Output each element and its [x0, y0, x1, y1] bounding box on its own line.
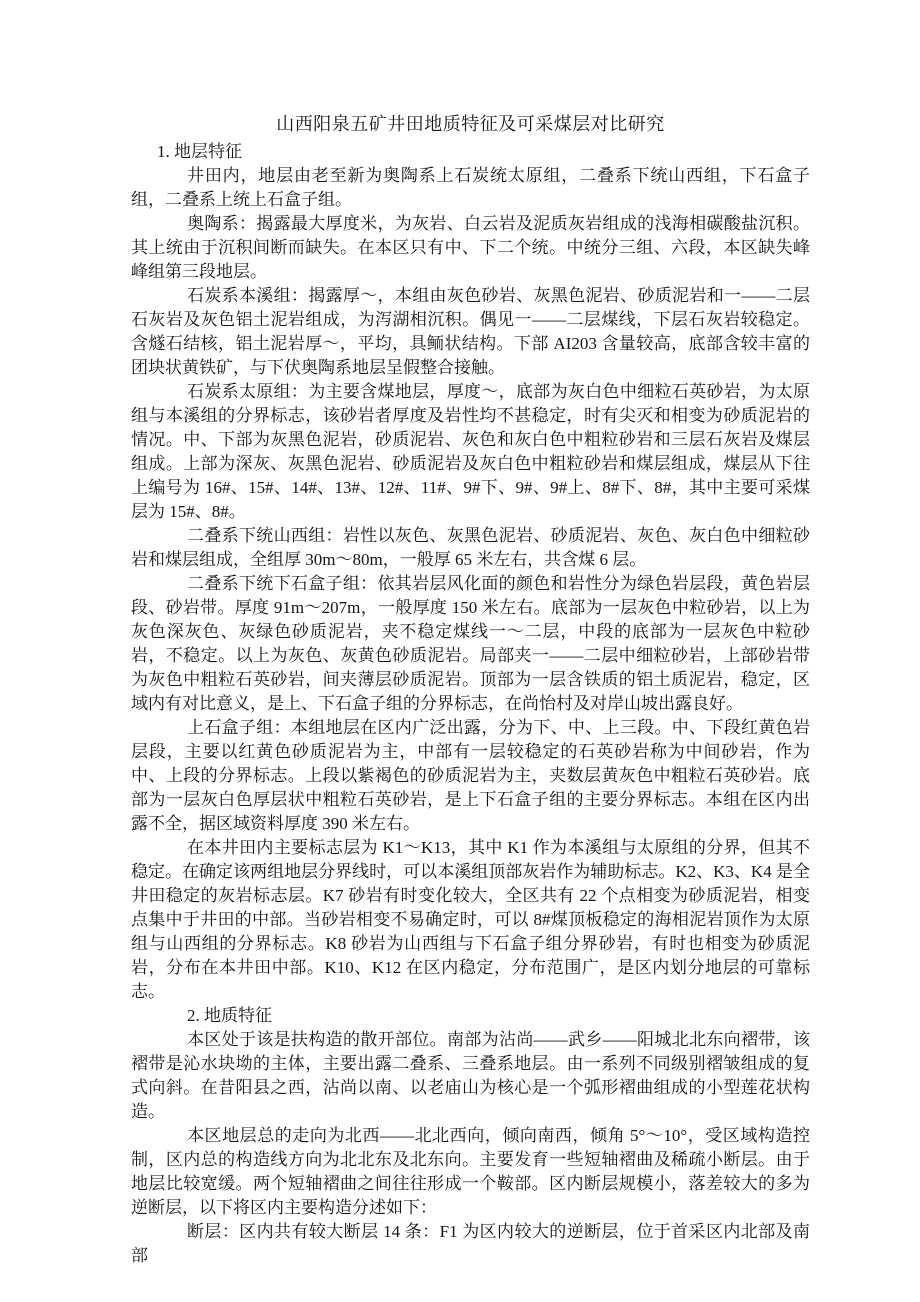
section-heading-geological-features: 2. 地质特征: [131, 1004, 810, 1028]
paragraph-carboniferous-taiyuan: 石炭系太原组：为主要含煤地层，厚度～，底部为灰白色中细粒石英砂岩，为太原组与本溪…: [131, 380, 810, 524]
paragraph-carboniferous-benxi: 石炭系本溪组：揭露厚～，本组由灰色砂岩、灰黑色泥岩、砂质泥岩和一——二层石灰岩及…: [131, 284, 810, 380]
document-body: 山西阳泉五矿井田地质特征及可采煤层对比研究 1. 地层特征 井田内，地层由老至新…: [131, 112, 810, 1268]
section-heading-stratum-features: 1. 地层特征: [131, 140, 810, 164]
paragraph-strata-overview: 井田内，地层由老至新为奥陶系上石炭统太原组，二叠系下统山西组，下石盒子组，二叠系…: [131, 164, 810, 212]
paragraph-upper-shihezi: 上石盒子组：本组地层在区内广泛出露，分为下、中、上三段。中、下段红黄色岩层段，主…: [131, 716, 810, 836]
paragraph-marker-beds: 在本井田内主要标志层为 K1～K13，其中 K1 作为本溪组与太原组的分界，但其…: [131, 836, 810, 1004]
document-page: 山西阳泉五矿井田地质特征及可采煤层对比研究 1. 地层特征 井田内，地层由老至新…: [0, 0, 920, 1302]
paragraph-strike-dip: 本区地层总的走向为北西——北北西向，倾向南西，倾角 5°～10°，受区域构造控制…: [131, 1124, 810, 1220]
paragraph-ordovician: 奥陶系：揭露最大厚度米，为灰岩、白云岩及泥质灰岩组成的浅海相碳酸盐沉积。其上统由…: [131, 212, 810, 284]
paragraph-permian-lower-shihezi: 二叠系下统下石盒子组：依其岩层风化面的颜色和岩性分为绿色岩层段，黄色岩层段、砂岩…: [131, 572, 810, 716]
paragraph-faults: 断层：区内共有较大断层 14 条：F1 为区内较大的逆断层，位于首采区内北部及南…: [131, 1220, 810, 1268]
paragraph-permian-shanxi: 二叠系下统山西组：岩性以灰色、灰黑色泥岩、砂质泥岩、灰色、灰白色中细粒砂岩和煤层…: [131, 524, 810, 572]
page-title: 山西阳泉五矿井田地质特征及可采煤层对比研究: [131, 112, 810, 136]
paragraph-tectonic-setting: 本区处于该是扶构造的散开部位。南部为沾尚——武乡——阳城北北东向褶带，该褶带是沁…: [131, 1028, 810, 1124]
